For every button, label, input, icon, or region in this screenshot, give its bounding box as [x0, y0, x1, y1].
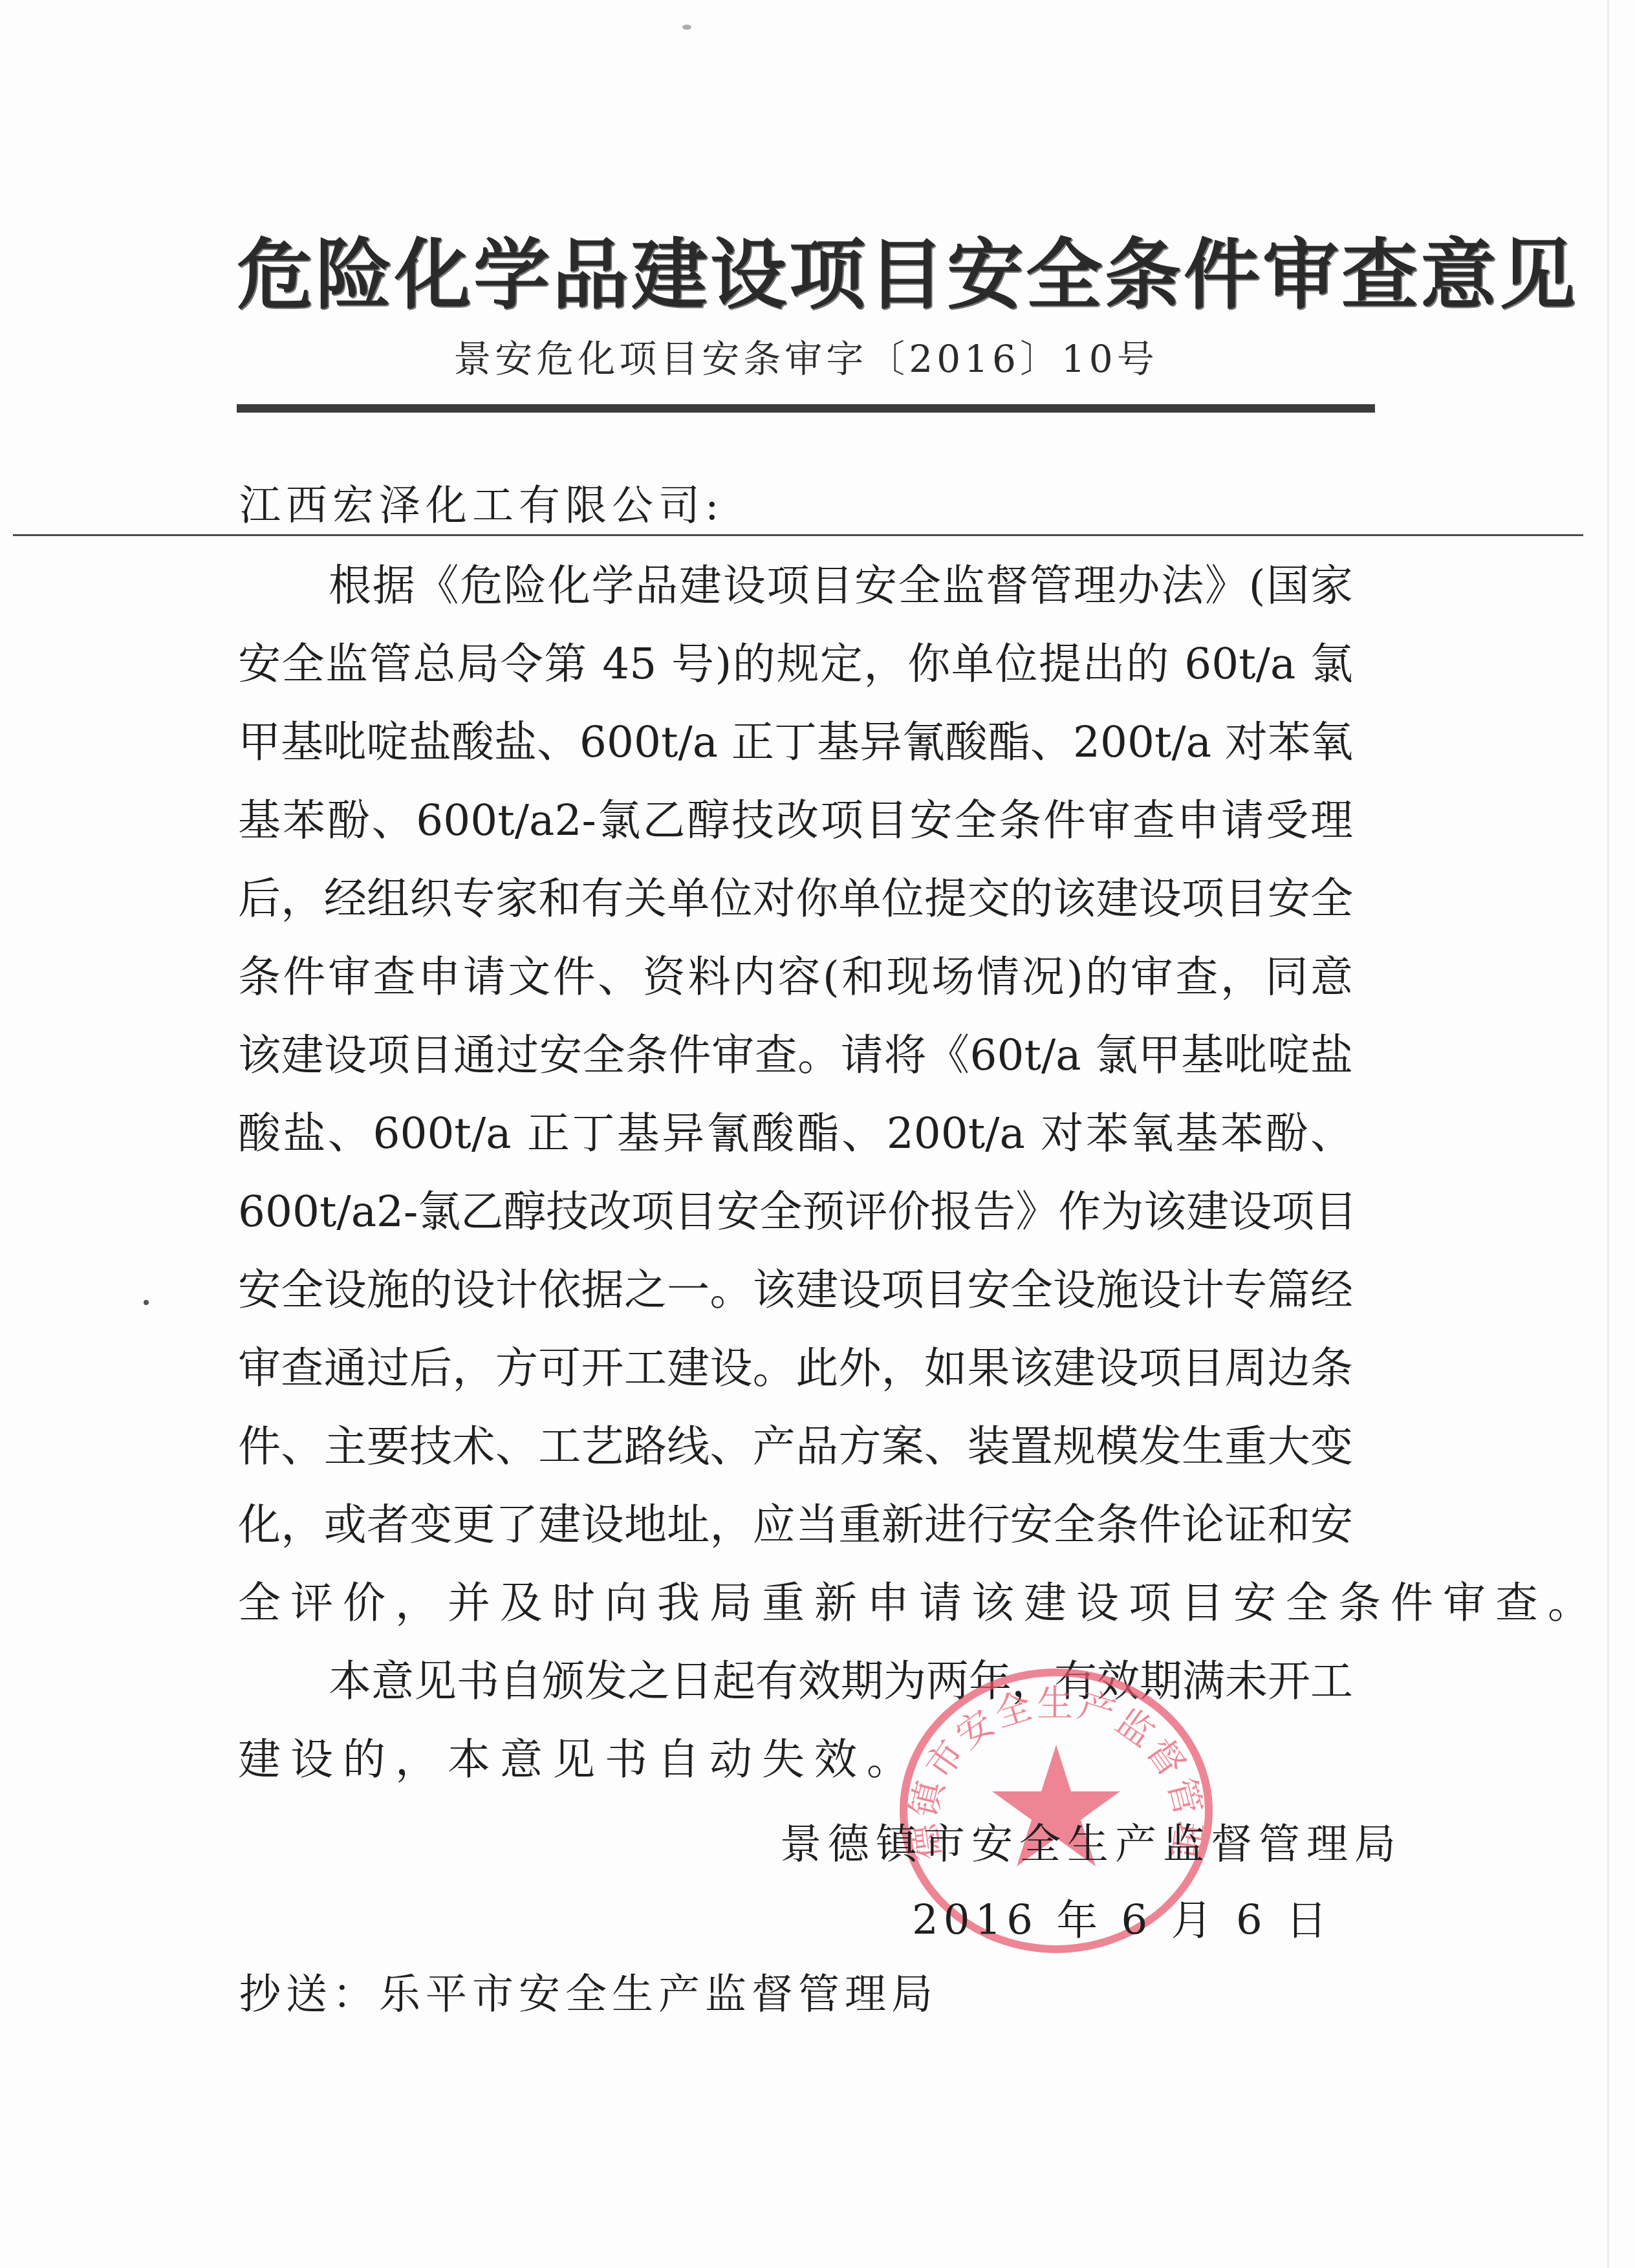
body-line: 条件审查申请文件、资料内容(和现场情况)的审查，同意 — [238, 947, 1353, 1026]
body-line: 建设的，本意见书自动失效。 — [238, 1730, 1353, 1808]
body-line: 酸盐、600t/a 正丁基异氰酸酯、200t/a 对苯氧基苯酚、 — [238, 1104, 1353, 1182]
scan-dot — [144, 1300, 149, 1305]
body-line: 600t/a2-氯乙醇技改项目安全预评价报告》作为该建设项目 — [238, 1182, 1353, 1260]
body-line: 根据《危险化学品建设项目安全监督管理办法》(国家 — [238, 556, 1353, 634]
document-number: 景安危化项目安条审字〔2016〕10号 — [237, 329, 1375, 383]
body-line: 化，或者变更了建设地址，应当重新进行安全条件论证和安 — [238, 1495, 1353, 1573]
body-line: 甲基吡啶盐酸盐、600t/a 正丁基异氰酸酯、200t/a 对苯氧 — [238, 713, 1353, 791]
scan-speck — [682, 25, 691, 30]
signing-organization: 景德镇市安全生产监督管理局 — [780, 1811, 1402, 1870]
scan-edge — [1607, 0, 1609, 2268]
header-divider — [237, 404, 1375, 413]
addressee-divider — [13, 534, 1583, 536]
body-line: 安全监管总局令第 45 号)的规定，你单位提出的 60t/a 氯 — [238, 634, 1353, 713]
body-line: 基苯酚、600t/a2-氯乙醇技改项目安全条件审查申请受理 — [238, 791, 1353, 869]
body-text: 根据《危险化学品建设项目安全监督管理办法》(国家 安全监管总局令第 45 号)的… — [238, 556, 1353, 1808]
body-line: 该建设项目通过安全条件审查。请将《60t/a 氯甲基吡啶盐 — [238, 1026, 1353, 1104]
body-line: 安全设施的设计依据之一。该建设项目安全设施设计专篇经 — [238, 1260, 1353, 1339]
signing-date: 2016 年 6 月 6 日 — [912, 1887, 1332, 1947]
body-line: 审查通过后，方可开工建设。此外，如果该建设项目周边条 — [238, 1339, 1353, 1417]
addressee: 江西宏泽化工有限公司: — [239, 472, 724, 532]
body-line: 全评价，并及时向我局重新申请该建设项目安全条件审查。 — [238, 1573, 1353, 1652]
body-line: 件、主要技术、工艺路线、产品方案、装置规模发生重大变 — [238, 1417, 1353, 1495]
body-line: 本意见书自颁发之日起有效期为两年，有效期满未开工 — [238, 1652, 1353, 1730]
body-line: 后，经组织专家和有关单位对你单位提交的该建设项目安全 — [238, 869, 1353, 947]
cc-line: 抄送：乐平市安全生产监督管理局 — [239, 1961, 938, 2020]
document-title: 危险化学品建设项目安全条件审查意见 — [237, 213, 1375, 323]
